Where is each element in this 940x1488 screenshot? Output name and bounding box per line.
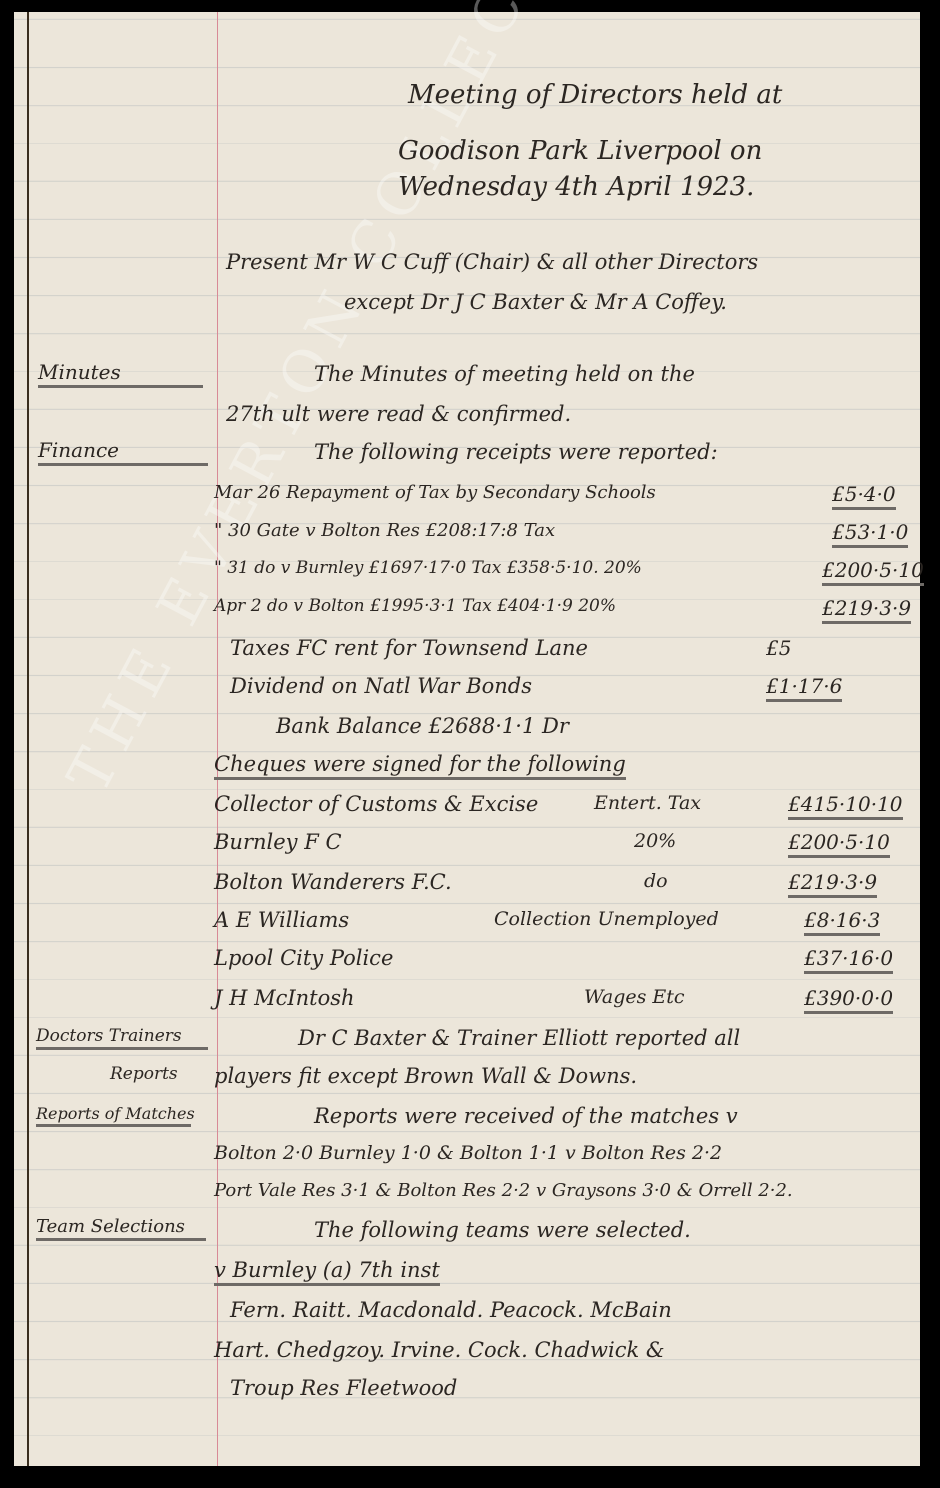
team-selections-intro: The following teams were selected. — [314, 1218, 691, 1242]
cheque-payee: Collector of Customs & Excise — [214, 792, 538, 816]
match-reports-line-1: Reports were received of the matches v — [314, 1104, 738, 1128]
cheque-payee: Burnley F C — [214, 830, 342, 854]
receipt-text: " 31 do v Burnley £1697·17·0 Tax £358·5·… — [214, 558, 642, 578]
cheque-amount: £8·16·3 — [804, 908, 880, 936]
bank-balance: Bank Balance £2688·1·1 Dr — [276, 714, 569, 738]
receipt-text: " 30 Gate v Bolton Res £208:17:8 Tax — [214, 520, 555, 541]
ledger-page: THE EVERTON COLLECTION CHARITABLE TRUST … — [14, 12, 920, 1466]
receipt-amount: £5 — [766, 636, 791, 660]
receipt-text: Mar 26 Repayment of Tax by Secondary Sch… — [214, 482, 656, 503]
team-line-2: Hart. Chedgzoy. Irvine. Cock. Chadwick & — [214, 1338, 665, 1362]
cheque-payee: Bolton Wanderers F.C. — [214, 870, 452, 894]
match-reports-line-2: Bolton 2·0 Burnley 1·0 & Bolton 1·1 v Bo… — [214, 1142, 722, 1164]
cheque-payee: J H McIntosh — [214, 986, 355, 1010]
cheques-intro: Cheques were signed for the following — [214, 752, 626, 780]
team-selections-fixture: v Burnley (a) 7th inst — [214, 1258, 440, 1286]
receipt-amount: £53·1·0 — [832, 520, 908, 548]
margin-label-reports: Reports — [110, 1064, 178, 1084]
finance-intro: The following receipts were reported: — [314, 440, 718, 464]
receipt-amount: £5·4·0 — [832, 482, 896, 510]
minutes-line-2: 27th ult were read & confirmed. — [226, 402, 571, 426]
minutes-line-1: The Minutes of meeting held on the — [314, 362, 695, 386]
cheque-amount: £219·3·9 — [788, 870, 877, 898]
header-line-1: Meeting of Directors held at — [408, 80, 782, 110]
receipt-text: Apr 2 do v Bolton £1995·3·1 Tax £404·1·9… — [214, 596, 616, 616]
team-line-1: Fern. Raitt. Macdonald. Peacock. McBain — [230, 1298, 672, 1322]
margin-label-team-selections: Team Selections — [36, 1216, 206, 1241]
match-reports-line-3: Port Vale Res 3·1 & Bolton Res 2·2 v Gra… — [214, 1180, 793, 1201]
cheque-purpose: Entert. Tax — [594, 792, 701, 814]
team-line-3: Troup Res Fleetwood — [230, 1376, 457, 1400]
present-line-2: except Dr J C Baxter & Mr A Coffey. — [344, 290, 727, 314]
cheque-amount: £415·10·10 — [788, 792, 903, 820]
receipt-text: Dividend on Natl War Bonds — [230, 674, 532, 698]
page-binding-edge — [27, 12, 29, 1466]
margin-label-minutes: Minutes — [38, 360, 203, 388]
margin-rule — [217, 12, 218, 1466]
cheque-payee: Lpool City Police — [214, 946, 393, 970]
margin-label-reports-of-matches: Reports of Matches — [36, 1104, 191, 1127]
receipt-amount: £1·17·6 — [766, 674, 842, 702]
cheque-amount: £37·16·0 — [804, 946, 893, 974]
cheque-purpose: Wages Etc — [584, 986, 685, 1008]
header-line-2: Goodison Park Liverpool on — [398, 136, 762, 166]
cheque-amount: £200·5·10 — [788, 830, 890, 858]
cheque-amount: £390·0·0 — [804, 986, 893, 1014]
header-line-3: Wednesday 4th April 1923. — [398, 172, 754, 202]
cheque-purpose: 20% — [634, 830, 676, 852]
cheque-purpose: Collection Unemployed — [494, 908, 719, 930]
cheque-purpose: do — [644, 870, 668, 892]
receipt-text: Taxes FC rent for Townsend Lane — [230, 636, 588, 660]
margin-label-doctors-trainers: Doctors Trainers — [36, 1026, 208, 1050]
receipt-amount: £200·5·10 — [822, 558, 924, 586]
doctors-report-line-2: players fit except Brown Wall & Downs. — [214, 1064, 637, 1088]
present-line-1: Present Mr W C Cuff (Chair) & all other … — [226, 250, 758, 274]
margin-label-finance: Finance — [38, 438, 208, 466]
receipt-amount: £219·3·9 — [822, 596, 911, 624]
doctors-report-line-1: Dr C Baxter & Trainer Elliott reported a… — [298, 1026, 740, 1050]
cheque-payee: A E Williams — [214, 908, 349, 932]
